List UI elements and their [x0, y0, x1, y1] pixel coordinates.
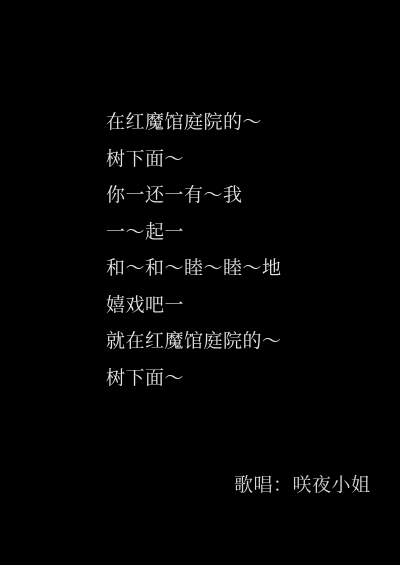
lyric-line: 在红魔馆庭院的～	[106, 104, 282, 141]
lyric-line: 嬉戏吧一	[106, 287, 282, 324]
lyric-line: 树下面～	[106, 141, 282, 178]
lyric-line: 就在红魔馆庭院的～	[106, 323, 282, 360]
lyrics-block: 在红魔馆庭院的～ 树下面～ 你一还一有～我 一～起一 和～和～睦～睦～地 嬉戏吧…	[106, 104, 282, 396]
lyric-line: 和～和～睦～睦～地	[106, 250, 282, 287]
lyric-line: 你一还一有～我	[106, 177, 282, 214]
singer-credit: 歌唱：咲夜小姐	[234, 470, 371, 497]
lyric-line: 一～起一	[106, 214, 282, 251]
lyric-line: 树下面～	[106, 360, 282, 397]
